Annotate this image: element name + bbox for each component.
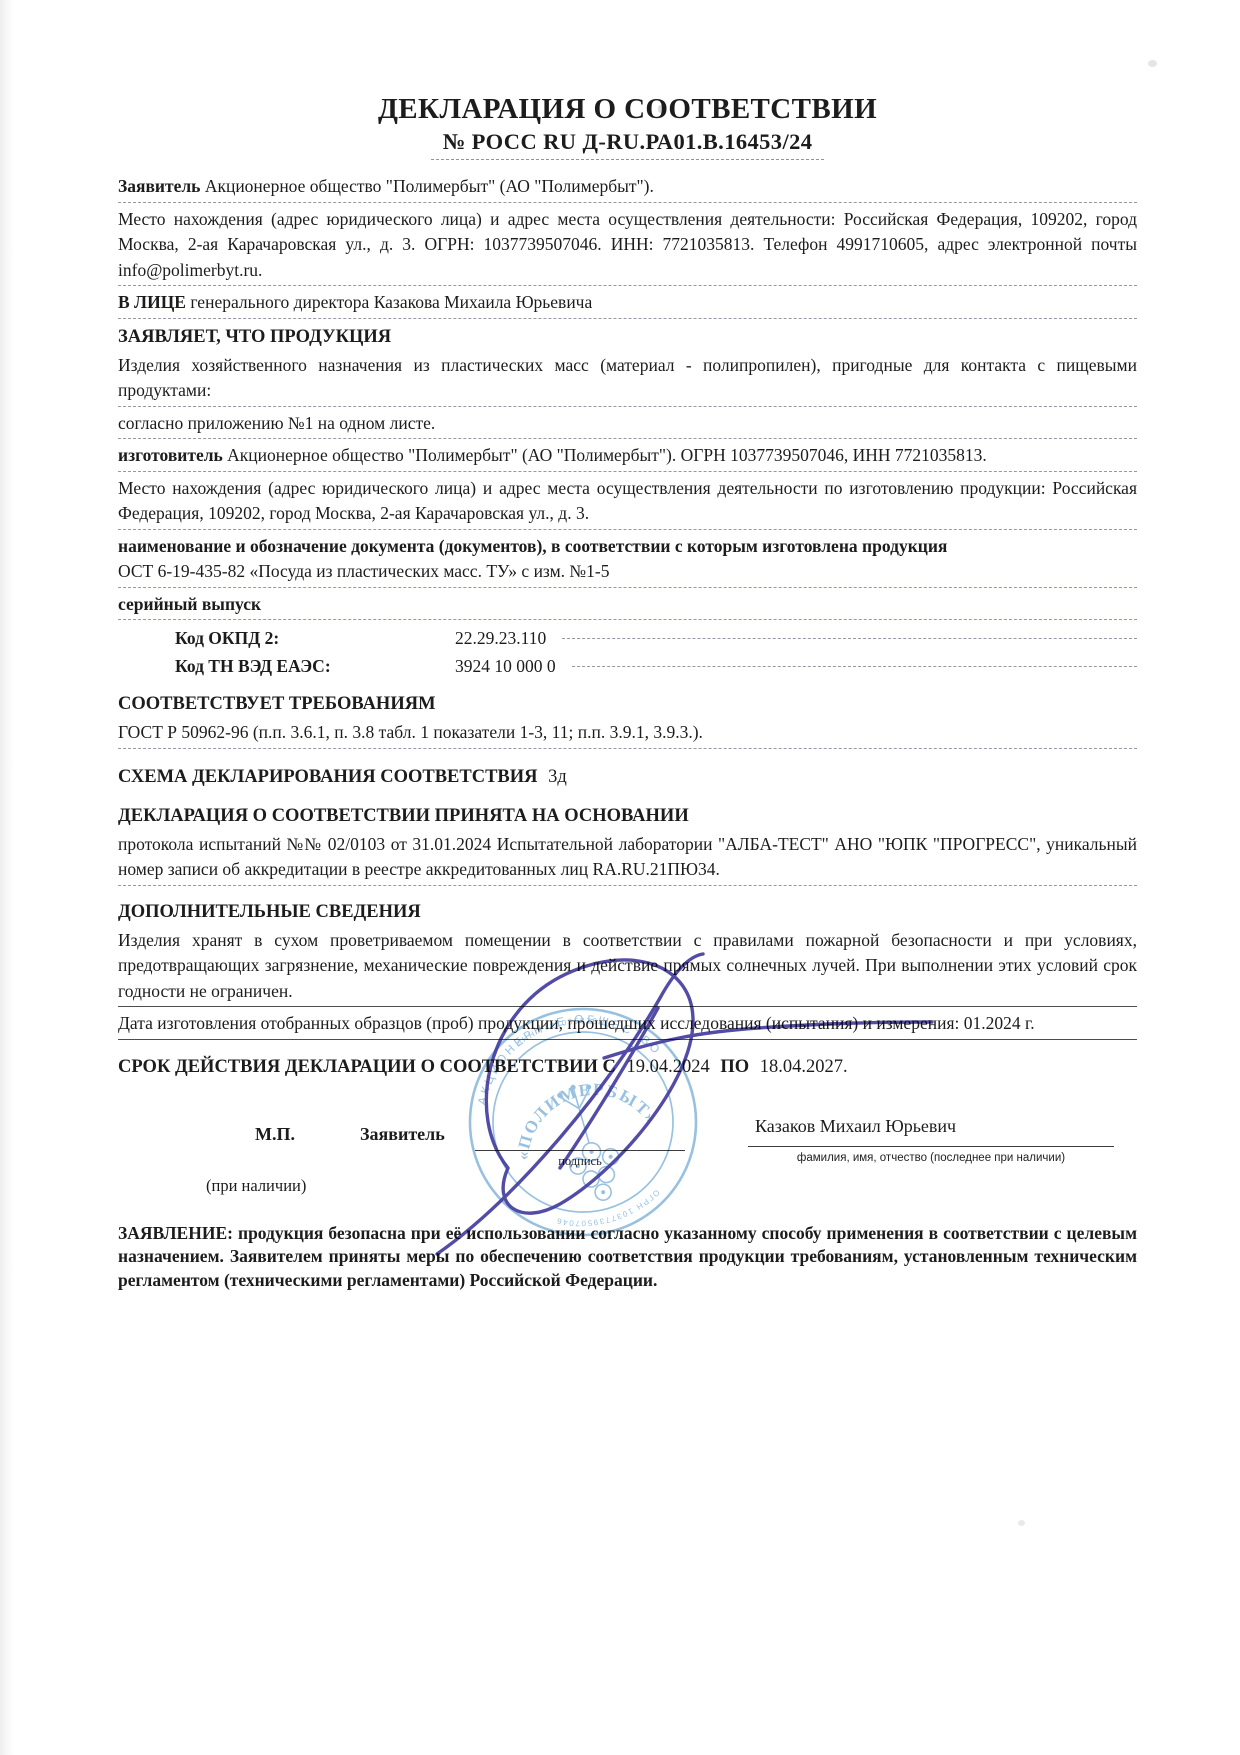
tnved-label: Код ТН ВЭД ЕАЭС:	[175, 652, 455, 680]
okpd-value: 22.29.23.110	[455, 624, 546, 652]
validity-prefix: СРОК ДЕЙСТВИЯ ДЕКЛАРАЦИИ О СООТВЕТСТВИИ …	[118, 1057, 616, 1077]
applicant-value: Акционерное общество "Полимербыт" (АО "П…	[205, 176, 654, 196]
signature-line	[475, 1150, 685, 1151]
statement-label: ЗАЯВЛЕНИЕ:	[118, 1223, 233, 1243]
dashed-fill-line	[562, 636, 1137, 639]
manufacturer-label: изготовитель	[118, 445, 223, 465]
declaration-document: ДЕКЛАРАЦИЯ О СООТВЕТСТВИИ № РОСС RU Д-RU…	[118, 92, 1137, 1292]
validity-date-to: 18.04.2027.	[760, 1057, 848, 1077]
name-caption: фамилия, имя, отчество (последнее при на…	[748, 1152, 1114, 1164]
heading-additional: ДОПОЛНИТЕЛЬНЫЕ СВЕДЕНИЯ	[118, 900, 1137, 925]
field-serial-release: серийный выпуск	[118, 592, 1137, 621]
okpd-label: Код ОКПД 2:	[175, 624, 455, 652]
in-person-value: генерального директора Казакова Михаила …	[190, 292, 592, 312]
field-gost: ГОСТ Р 50962-96 (п.п. 3.6.1, п. 3.8 табл…	[118, 720, 1137, 749]
dashed-fill-line	[572, 664, 1137, 667]
scan-speck	[1148, 60, 1157, 67]
field-validity-period: СРОК ДЕЙСТВИЯ ДЕКЛАРАЦИИ О СООТВЕТСТВИИ …	[118, 1054, 1137, 1080]
validity-po: ПО	[720, 1057, 749, 1077]
heading-basis: ДЕКЛАРАЦИЯ О СООТВЕТСТВИИ ПРИНЯТА НА ОСН…	[118, 804, 1137, 829]
field-statement: ЗАЯВЛЕНИЕ: продукция безопасна при её ис…	[118, 1222, 1137, 1293]
scheme-label: СХЕМА ДЕКЛАРИРОВАНИЯ СООТВЕТСТВИЯ	[118, 767, 538, 787]
field-applicant: Заявитель Акционерное общество "Полимерб…	[118, 174, 1137, 203]
field-doc-ref-value: ОСТ 6-19-435-82 «Посуда из пластических …	[118, 559, 1137, 588]
stamp-place-label: М.П.	[255, 1124, 295, 1145]
page-title: ДЕКЛАРАЦИЯ О СООТВЕТСТВИИ	[118, 92, 1137, 126]
field-applicant-address: Место нахождения (адрес юридического лиц…	[118, 207, 1137, 287]
field-doc-ref-label: наименование и обозначение документа (до…	[118, 534, 1137, 560]
validity-date-from: 19.04.2024	[627, 1057, 710, 1077]
statement-text: продукция безопасна при её использовании…	[118, 1223, 1137, 1290]
in-person-label: В ЛИЦЕ	[118, 292, 186, 312]
field-scheme: СХЕМА ДЕКЛАРИРОВАНИЯ СООТВЕТСТВИЯ 3д	[118, 765, 1137, 790]
scheme-value: 3д	[548, 767, 567, 787]
code-row-tnved: Код ТН ВЭД ЕАЭС: 3924 10 000 0	[175, 652, 1137, 680]
signature-caption: подпись	[510, 1154, 650, 1169]
tnved-value: 3924 10 000 0	[455, 652, 556, 680]
codes-table: Код ОКПД 2: 22.29.23.110 Код ТН ВЭД ЕАЭС…	[175, 624, 1137, 680]
heading-declares: ЗАЯВЛЯЕТ, ЧТО ПРОДУКЦИЯ	[118, 325, 1137, 350]
declaration-number: № РОСС RU Д-RU.РА01.В.16453/24	[431, 129, 825, 160]
if-any-label: (при наличии)	[206, 1176, 306, 1196]
field-sample-date: Дата изготовления отобранных образцов (п…	[118, 1011, 1137, 1040]
field-storage-conditions: Изделия хранят в сухом проветриваемом по…	[118, 928, 1137, 1008]
field-manufacturer: изготовитель Акционерное общество "Полим…	[118, 443, 1137, 472]
field-manufacturer-address: Место нахождения (адрес юридического лиц…	[118, 476, 1137, 530]
applicant-label: Заявитель	[118, 176, 200, 196]
field-in-person: В ЛИЦЕ генерального директора Казакова М…	[118, 290, 1137, 319]
scan-speck	[1018, 1520, 1025, 1526]
field-product-description: Изделия хозяйственного назначения из пла…	[118, 353, 1137, 407]
signatory-name: Казаков Михаил Юрьевич	[755, 1116, 956, 1137]
declaration-number-row: № РОСС RU Д-RU.РА01.В.16453/24	[118, 129, 1137, 160]
code-row-okpd: Код ОКПД 2: 22.29.23.110	[175, 624, 1137, 652]
signature-block: М.П. Заявитель (при наличии) подпись Каз…	[118, 1084, 1137, 1216]
field-attachment: согласно приложению №1 на одном листе.	[118, 411, 1137, 440]
field-basis-protocol: протокола испытаний №№ 02/0103 от 31.01.…	[118, 832, 1137, 886]
name-line	[748, 1146, 1114, 1147]
scan-edge-shadow	[0, 0, 14, 1755]
manufacturer-value: Акционерное общество "Полимербыт" (АО "П…	[227, 445, 987, 465]
signature-applicant-label: Заявитель	[360, 1124, 445, 1145]
heading-complies: СООТВЕТСТВУЕТ ТРЕБОВАНИЯМ	[118, 692, 1137, 717]
